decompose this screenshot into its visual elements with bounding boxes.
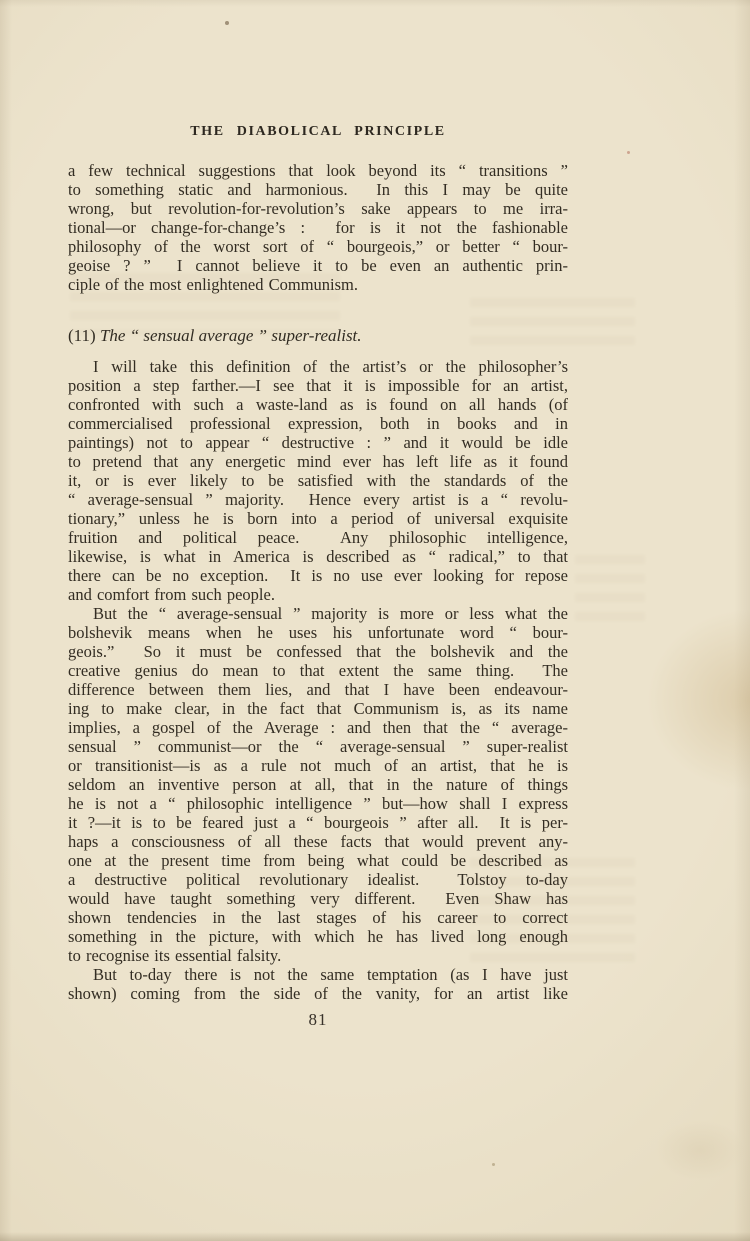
text-line: difference between them lies, and that I…	[68, 680, 568, 699]
text-line: likewise, is what in America is describe…	[68, 547, 568, 566]
paragraph-2: I will take this definition of the artis…	[68, 357, 568, 604]
text-line: But the “ average-sensual ” majority is …	[68, 604, 568, 623]
text-line: “ average-sensual ” majority. Hence ever…	[68, 490, 568, 509]
text-line: a few technical suggestions that look be…	[68, 161, 568, 180]
text-line: and comfort from such people.	[68, 585, 568, 604]
text-line: commercialised professional expression, …	[68, 414, 568, 433]
text-line: sensual ” communist—or the “ average-sen…	[68, 737, 568, 756]
text-line: I will take this definition of the artis…	[68, 357, 568, 376]
text-line: paintings) not to appear “ destructive :…	[68, 433, 568, 452]
text-line: implies, a gospel of the Average : and t…	[68, 718, 568, 737]
text-line: wrong, but revolution-for-revolution’s s…	[68, 199, 568, 218]
paper-speck	[492, 1163, 495, 1166]
ink-showthrough	[470, 298, 635, 350]
text-line: geois.” So it must be confessed that the…	[68, 642, 568, 661]
text-line: fruition and political peace. Any philos…	[68, 528, 568, 547]
ink-showthrough	[575, 555, 645, 625]
text-line: tional—or change-for-change’s : for is i…	[68, 218, 568, 237]
paper-speck	[225, 21, 229, 25]
text-line: he is not a “ philosophic intelligence ”…	[68, 794, 568, 813]
ink-showthrough	[70, 273, 340, 335]
text-line: or transitionist—is as a rule not much o…	[68, 756, 568, 775]
text-line: position a step farther.—I see that it i…	[68, 376, 568, 395]
text-line: creative genius do mean to that extent t…	[68, 661, 568, 680]
text-line: haps a consciousness of all these facts …	[68, 832, 568, 851]
text-line: confronted with such a waste-land as is …	[68, 395, 568, 414]
paragraph-4: But to-day there is not the same temptat…	[68, 965, 568, 1003]
text-line: shown) coming from the side of the vanit…	[68, 984, 568, 1003]
text-line: it ?—it is to be feared just a “ bourgeo…	[68, 813, 568, 832]
page-number: 81	[68, 1010, 568, 1030]
text-line: there can be no exception. It is no use …	[68, 566, 568, 585]
text-line: philosophy of the worst sort of “ bourge…	[68, 237, 568, 256]
text-line: tionary,” unless he is born into a perio…	[68, 509, 568, 528]
paper-speck	[627, 151, 630, 154]
ink-showthrough	[470, 858, 635, 963]
text-line: bolshevik means when he uses his unfortu…	[68, 623, 568, 642]
text-line: ing to make clear, in the fact that Comm…	[68, 699, 568, 718]
text-line: it, or is ever likely to be satisfied wi…	[68, 471, 568, 490]
book-page: THE DIABOLICAL PRINCIPLE a few technical…	[0, 0, 750, 1241]
running-head: THE DIABOLICAL PRINCIPLE	[68, 125, 568, 139]
text-line: But to-day there is not the same temptat…	[68, 965, 568, 984]
text-line: seldom an inventive person at all, that …	[68, 775, 568, 794]
text-line: to something static and harmonious. In t…	[68, 180, 568, 199]
text-line: to pretend that any energetic mind ever …	[68, 452, 568, 471]
